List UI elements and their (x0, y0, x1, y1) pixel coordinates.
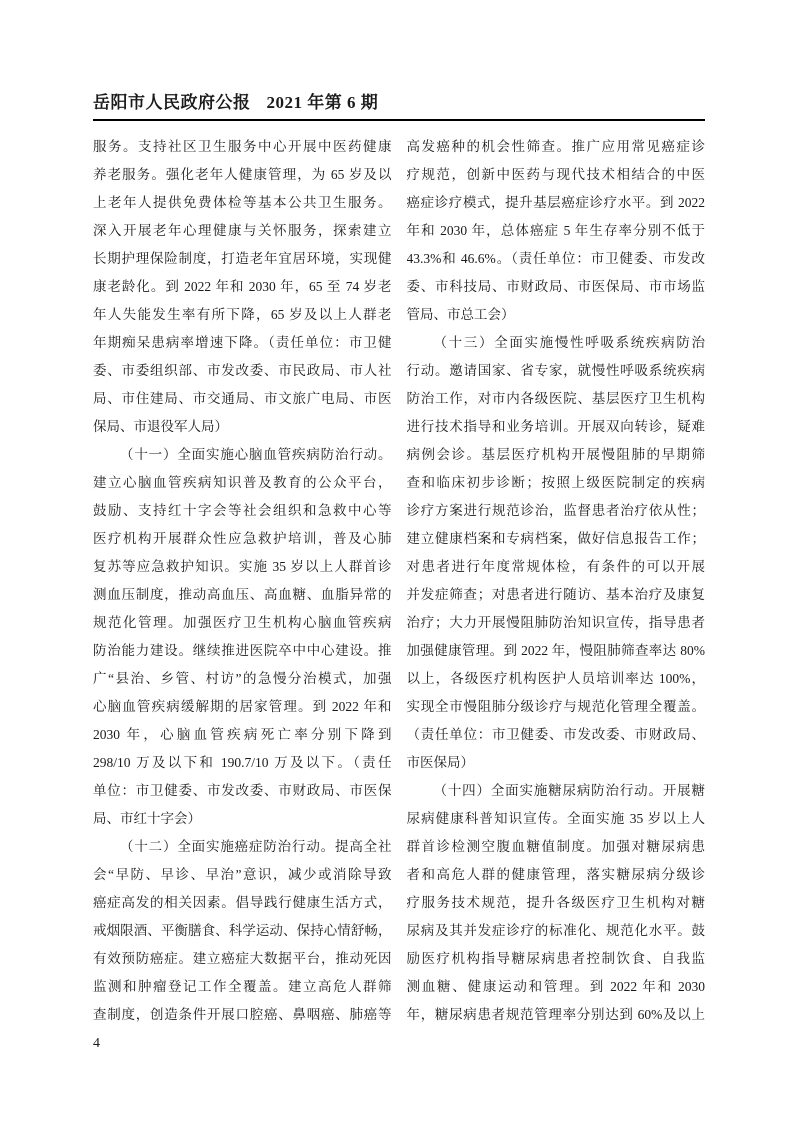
text-line: 年，糖尿病患者规范管理率分别达到 60%及以上 (407, 1001, 706, 1029)
text-line: 并发症筛查；对患者进行随访、基本治疗及康复 (407, 581, 706, 609)
text-line: 测血压制度，推动高血压、高血糖、血脂异常的 (93, 581, 392, 609)
text-line: 高发癌种的机会性筛查。推广应用常见癌症诊 (407, 133, 706, 161)
text-line: 查制度，创造条件开展口腔癌、鼻咽癌、肺癌等 (93, 1001, 392, 1029)
text-line: 进行技术指导和业务培训。开展双向转诊，疑难 (407, 413, 706, 441)
text-line: 测血糖、健康运动和管理。到 2022 年和 2030 (407, 973, 706, 1001)
text-line: 监测和肿瘤登记工作全覆盖。建立高危人群筛 (93, 973, 392, 1001)
text-line: 深入开展老年心理健康与关怀服务，探索建立 (93, 217, 392, 245)
text-line: 复苏等应急救护知识。实施 35 岁以上人群首诊 (93, 553, 392, 581)
text-line: 者和高危人群的健康管理，落实糖尿病分级诊 (407, 861, 706, 889)
page-number: 4 (93, 1035, 705, 1053)
text-line: 年和 2030 年，总体癌症 5 年生存率分别不低于 (407, 217, 706, 245)
text-line: 年期痴呆患病率增速下降。（责任单位：市卫健 (93, 329, 392, 357)
text-line: 年人失能发生率有所下降，65 岁及以上人群老 (93, 301, 392, 329)
text-line: 有效预防癌症。建立癌症大数据平台，推动死因 (93, 945, 392, 973)
text-line: 癌症诊疗模式，提升基层癌症诊疗水平。到 2022 (407, 189, 706, 217)
text-line: 298/10 万及以下和 190.7/10 万及以下。（责任 (93, 749, 392, 777)
left-column: 服务。支持社区卫生服务中心开展中医药健康养老服务。强化老年人健康管理，为 65 … (93, 133, 392, 1029)
text-line: 行动。邀请国家、省专家，就慢性呼吸系统疾病 (407, 357, 706, 385)
text-line: 治疗；大力开展慢阻肺防治知识宣传，指导患者 (407, 609, 706, 637)
text-line: 癌症高发的相关因素。倡导践行健康生活方式， (93, 889, 392, 917)
text-line: 尿病及其并发症诊疗的标准化、规范化水平。鼓 (407, 917, 706, 945)
text-line: 以上，各级医疗机构医护人员培训率达 100%， (407, 665, 706, 693)
text-line: 加强健康管理。到 2022 年，慢阻肺筛查率达 80% (407, 637, 706, 665)
text-line: 局、市住建局、市交通局、市文旅广电局、市医 (93, 385, 392, 413)
text-line: 建立健康档案和专病档案，做好信息报告工作； (407, 525, 706, 553)
text-line: 养老服务。强化老年人健康管理，为 65 岁及以 (93, 161, 392, 189)
text-line: 服务。支持社区卫生服务中心开展中医药健康 (93, 133, 392, 161)
text-line: 会“早防、早诊、早治”意识，减少或消除导致 (93, 861, 392, 889)
text-line: 广“县治、乡管、村访”的急慢分治模式，加强 (93, 665, 392, 693)
text-line: 建立心脑血管疾病知识普及教育的公众平台， (93, 469, 392, 497)
text-line: 心脑血管疾病缓解期的居家管理。到 2022 年和 (93, 693, 392, 721)
text-line: 群首诊检测空腹血糖值制度。加强对糖尿病患 (407, 833, 706, 861)
text-line: 防治能力建设。继续推进医院卒中中心建设。推 (93, 637, 392, 665)
text-line: 防治工作，对市内各级医院、基层医疗卫生机构 (407, 385, 706, 413)
gazette-issue: 2021 年第 6 期 (267, 93, 379, 112)
text-line: 鼓励、支持红十字会等社会组织和急救中心等 (93, 497, 392, 525)
gazette-title: 岳阳市人民政府公报 (93, 93, 251, 112)
text-line: 保局、市退役军人局） (93, 413, 392, 441)
gazette-page: 岳阳市人民政府公报2021 年第 6 期 服务。支持社区卫生服务中心开展中医药健… (0, 0, 793, 1122)
text-line: 励医疗机构指导糖尿病患者控制饮食、自我监 (407, 945, 706, 973)
text-line: 单位：市卫健委、市发改委、市财政局、市医保 (93, 777, 392, 805)
text-line: 病例会诊。基层医疗机构开展慢阻肺的早期筛 (407, 441, 706, 469)
text-line: 市医保局） (407, 749, 706, 777)
text-line: （责任单位：市卫健委、市发改委、市财政局、 (407, 721, 706, 749)
text-line: 委、市科技局、市财政局、市医保局、市市场监 (407, 273, 706, 301)
text-line: 诊疗方案进行规范诊治，监督患者治疗依从性； (407, 497, 706, 525)
text-line: 局、市红十字会） (93, 805, 392, 833)
text-line: 医疗机构开展群众性应急救护培训，普及心肺 (93, 525, 392, 553)
text-line: 康老龄化。到 2022 年和 2030 年，65 至 74 岁老 (93, 273, 392, 301)
text-line: （十三）全面实施慢性呼吸系统疾病防治 (407, 329, 706, 357)
right-column: 高发癌种的机会性筛查。推广应用常见癌症诊疗规范，创新中医药与现代技术相结合的中医… (407, 133, 706, 1029)
text-line: 实现全市慢阻肺分级诊疗与规范化管理全覆盖。 (407, 693, 706, 721)
text-line: 查和临床初步诊断；按照上级医院制定的疾病 (407, 469, 706, 497)
text-line: 戒烟限酒、平衡膳食、科学运动、保持心情舒畅， (93, 917, 392, 945)
text-line: 管局、市总工会） (407, 301, 706, 329)
text-line: 43.3%和 46.6%。（责任单位：市卫健委、市发改 (407, 245, 706, 273)
text-line: 尿病健康科普知识宣传。全面实施 35 岁以上人 (407, 805, 706, 833)
running-header: 岳阳市人民政府公报2021 年第 6 期 (93, 93, 705, 121)
text-line: 长期护理保险制度，打造老年宜居环境，实现健 (93, 245, 392, 273)
text-line: （十一）全面实施心脑血管疾病防治行动。 (93, 441, 392, 469)
text-line: 委、市委组织部、市发改委、市民政局、市人社 (93, 357, 392, 385)
text-line: 疗规范，创新中医药与现代技术相结合的中医 (407, 161, 706, 189)
text-line: （十二）全面实施癌症防治行动。提高全社 (93, 833, 392, 861)
body-columns: 服务。支持社区卫生服务中心开展中医药健康养老服务。强化老年人健康管理，为 65 … (93, 133, 705, 1029)
text-line: 上老年人提供免费体检等基本公共卫生服务。 (93, 189, 392, 217)
text-line: 2030 年，心脑血管疾病死亡率分别下降到 (93, 721, 392, 749)
text-line: 疗服务技术规范，提升各级医疗卫生机构对糖 (407, 889, 706, 917)
text-line: 对患者进行年度常规体检，有条件的可以开展 (407, 553, 706, 581)
text-line: （十四）全面实施糖尿病防治行动。开展糖 (407, 777, 706, 805)
text-line: 规范化管理。加强医疗卫生机构心脑血管疾病 (93, 609, 392, 637)
